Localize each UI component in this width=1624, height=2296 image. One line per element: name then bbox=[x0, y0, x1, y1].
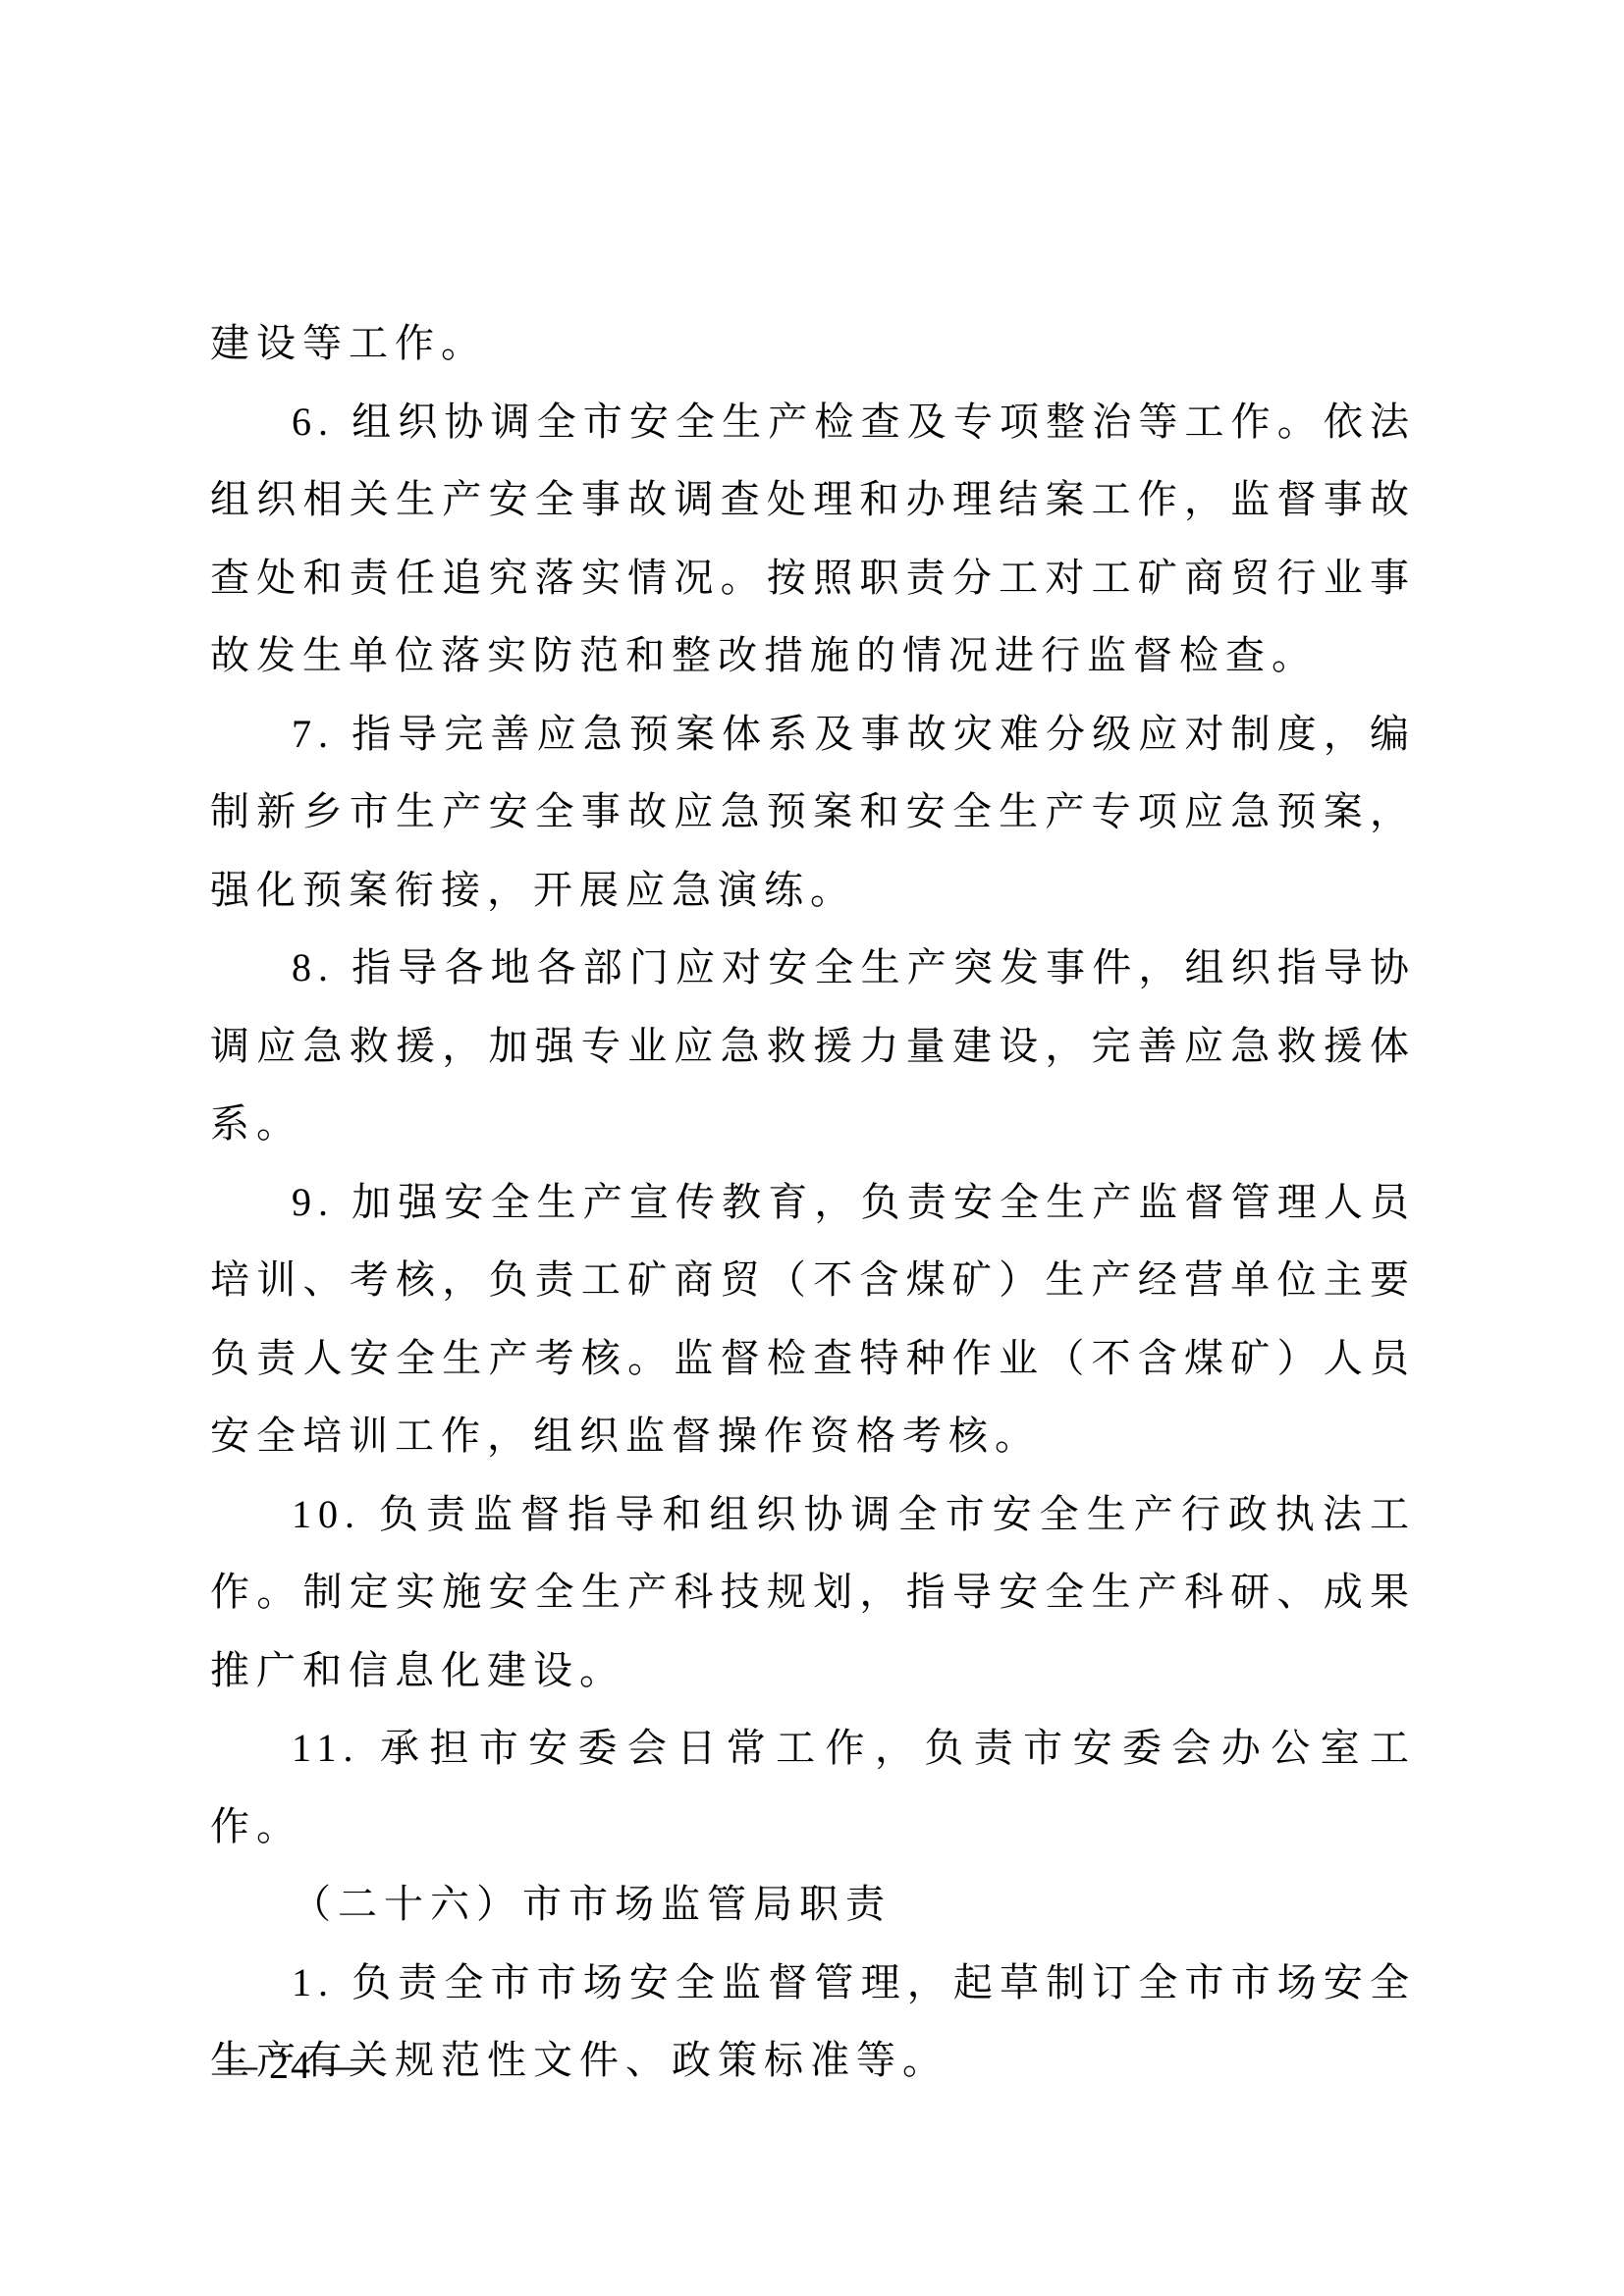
paragraph-item-8: 8. 指导各地各部门应对安全生产突发事件，组织指导协调应急救援，加强专业应急救援… bbox=[210, 929, 1416, 1163]
paragraph-item-7: 7. 指导完善应急预案体系及事故灾难分级应对制度，编制新乡市生产安全事故应急预案… bbox=[210, 695, 1416, 930]
page-number-left-dash: — bbox=[208, 2044, 269, 2087]
paragraph-item-1: 1. 负责全市市场安全监督管理，起草制订全市市场安全生产有关规范性文件、政策标准… bbox=[210, 1944, 1416, 2100]
document-body: 建设等工作。 6. 组织协调全市安全生产检查及专项整治等工作。依法组织相关生产安… bbox=[210, 304, 1416, 2100]
paragraph-item-11: 11. 承担市安委会日常工作，负责市安委会办公室工作。 bbox=[210, 1709, 1416, 1865]
paragraph-item-10: 10. 负责监督指导和组织协调全市安全生产行政执法工作。制定实施安全生产科技规划… bbox=[210, 1475, 1416, 1710]
document-page: 建设等工作。 6. 组织协调全市安全生产检查及专项整治等工作。依法组织相关生产安… bbox=[0, 0, 1624, 2296]
page-number: —24— bbox=[208, 2044, 373, 2087]
paragraph-item-9: 9. 加强安全生产宣传教育，负责安全生产监督管理人员培训、考核，负责工矿商贸（不… bbox=[210, 1163, 1416, 1475]
page-number-right-dash: — bbox=[312, 2044, 373, 2087]
paragraph-continuation: 建设等工作。 bbox=[210, 304, 1416, 383]
page-number-value: 24 bbox=[269, 2043, 312, 2087]
paragraph-item-6: 6. 组织协调全市安全生产检查及专项整治等工作。依法组织相关生产安全事故调查处理… bbox=[210, 383, 1416, 695]
section-heading-26: （二十六）市市场监管局职责 bbox=[210, 1865, 1416, 1944]
